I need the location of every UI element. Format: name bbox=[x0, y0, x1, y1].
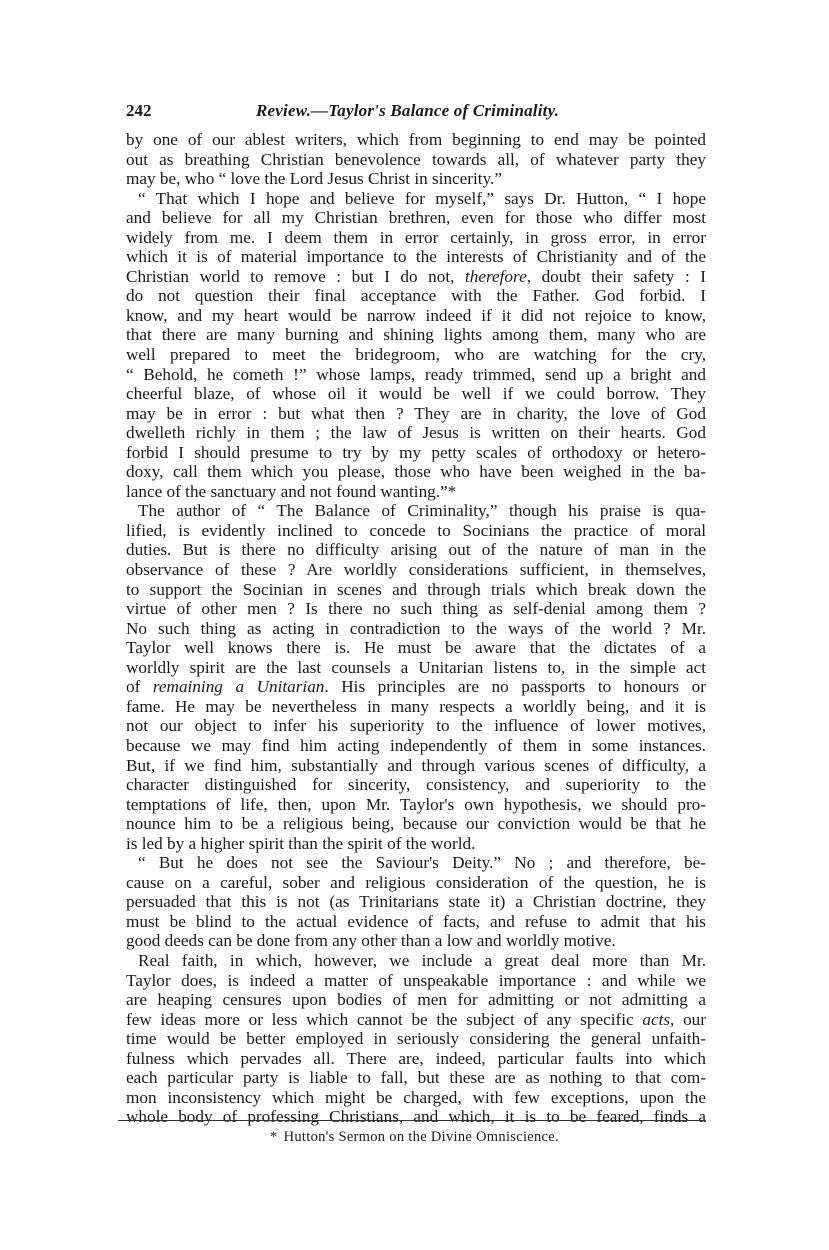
paragraph: Real faith, in which, however, we includ… bbox=[126, 951, 706, 1127]
text-line: But, if we find him, substantially and t… bbox=[126, 756, 706, 776]
text-line: good deeds can be done from any other th… bbox=[126, 931, 706, 951]
text-line: lified, is evidently inclined to concede… bbox=[126, 521, 706, 541]
text-line: No such thing as acting in contradiction… bbox=[126, 619, 706, 639]
text-line: Real faith, in which, however, we includ… bbox=[126, 951, 706, 971]
page-number: 242 bbox=[126, 100, 152, 122]
document-page: 242 Review.—Taylor's Balance of Criminal… bbox=[126, 100, 706, 1127]
text-line: whole body of professing Christians, and… bbox=[126, 1107, 706, 1127]
paragraph: by one of our ablest writers, which from… bbox=[126, 130, 706, 189]
text-line: out as breathing Christian benevolence t… bbox=[126, 150, 706, 170]
text-line: observance of these ? Are worldly consid… bbox=[126, 560, 706, 580]
italic-text: remaining a Unitarian bbox=[153, 677, 325, 696]
text-line: fulness which pervades all. There are, i… bbox=[126, 1049, 706, 1069]
text-line: “ That which I hope and believe for myse… bbox=[126, 189, 706, 209]
text-line: dwelleth richly in them ; the law of Jes… bbox=[126, 423, 706, 443]
text-line: mon inconsistency which might be charged… bbox=[126, 1088, 706, 1108]
text-line: do not question their final acceptance w… bbox=[126, 286, 706, 306]
footnote-text: Hutton's Sermon on the Divine Omniscienc… bbox=[284, 1129, 559, 1145]
footnote: *Hutton's Sermon on the Divine Omniscien… bbox=[0, 1128, 829, 1146]
text-line: each particular party is liable to fall,… bbox=[126, 1068, 706, 1088]
text-line: virtue of other men ? Is there no such t… bbox=[126, 599, 706, 619]
footnote-mark: * bbox=[270, 1129, 278, 1145]
text-line: “ Behold, he cometh !” whose lamps, read… bbox=[126, 365, 706, 385]
text-line: persuaded that this is not (as Trinitari… bbox=[126, 892, 706, 912]
text-line: fame. He may be nevertheless in many res… bbox=[126, 697, 706, 717]
italic-text: acts bbox=[642, 1010, 670, 1029]
text-line: duties. But is there no difficulty arisi… bbox=[126, 540, 706, 560]
text-line: which it is of material importance to th… bbox=[126, 247, 706, 267]
text-line: time would be better employed in serious… bbox=[126, 1029, 706, 1049]
text-line: and believe for all my Christian brethre… bbox=[126, 208, 706, 228]
text-line: may be in error : but what then ? They a… bbox=[126, 404, 706, 424]
text-line: forbid I should presume to try by my pet… bbox=[126, 443, 706, 463]
text-line: Taylor does, is indeed a matter of unspe… bbox=[126, 971, 706, 991]
running-head: 242 Review.—Taylor's Balance of Criminal… bbox=[126, 100, 706, 122]
text-line: that there are many burning and shining … bbox=[126, 325, 706, 345]
text-line: to support the Socinian in scenes and th… bbox=[126, 580, 706, 600]
text-line: The author of “ The Balance of Criminali… bbox=[126, 501, 706, 521]
body-text: by one of our ablest writers, which from… bbox=[126, 130, 706, 1127]
text-line: are heaping censures upon bodies of men … bbox=[126, 990, 706, 1010]
text-line: character distinguished for sincerity, c… bbox=[126, 775, 706, 795]
text-line: must be blind to the actual evidence of … bbox=[126, 912, 706, 932]
text-line: may be, who “ love the Lord Jesus Christ… bbox=[126, 169, 706, 189]
text-line: cause on a careful, sober and religious … bbox=[126, 873, 706, 893]
paragraph: “ But he does not see the Saviour's Deit… bbox=[126, 853, 706, 951]
italic-text: therefore bbox=[465, 267, 527, 286]
paragraph: “ That which I hope and believe for myse… bbox=[126, 189, 706, 502]
running-title: Review.—Taylor's Balance of Criminality. bbox=[256, 100, 559, 122]
paragraph: The author of “ The Balance of Criminali… bbox=[126, 501, 706, 853]
text-line: lance of the sanctuary and not found wan… bbox=[126, 482, 706, 502]
text-line: of remaining a Unitarian. His principles… bbox=[126, 677, 706, 697]
footnote-rule bbox=[118, 1120, 706, 1121]
text-line: “ But he does not see the Saviour's Deit… bbox=[126, 853, 706, 873]
text-line: nounce him to be a religious being, beca… bbox=[126, 814, 706, 834]
text-line: Taylor well knows there is. He must be a… bbox=[126, 638, 706, 658]
text-line: doxy, call them which you please, those … bbox=[126, 462, 706, 482]
text-line: widely from me. I deem them in error cer… bbox=[126, 228, 706, 248]
text-line: not our object to infer his superiority … bbox=[126, 716, 706, 736]
text-line: well prepared to meet the bridegroom, wh… bbox=[126, 345, 706, 365]
text-line: worldly spirit are the last counsels a U… bbox=[126, 658, 706, 678]
text-line: cheerful blaze, of whose oil it would be… bbox=[126, 384, 706, 404]
text-line: temptations of life, then, upon Mr. Tayl… bbox=[126, 795, 706, 815]
text-line: by one of our ablest writers, which from… bbox=[126, 130, 706, 150]
text-line: because we may find him acting independe… bbox=[126, 736, 706, 756]
text-line: know, and my heart would be narrow indee… bbox=[126, 306, 706, 326]
text-line: is led by a higher spirit than the spiri… bbox=[126, 834, 706, 854]
text-line: Christian world to remove : but I do not… bbox=[126, 267, 706, 287]
text-line: few ideas more or less which cannot be t… bbox=[126, 1010, 706, 1030]
